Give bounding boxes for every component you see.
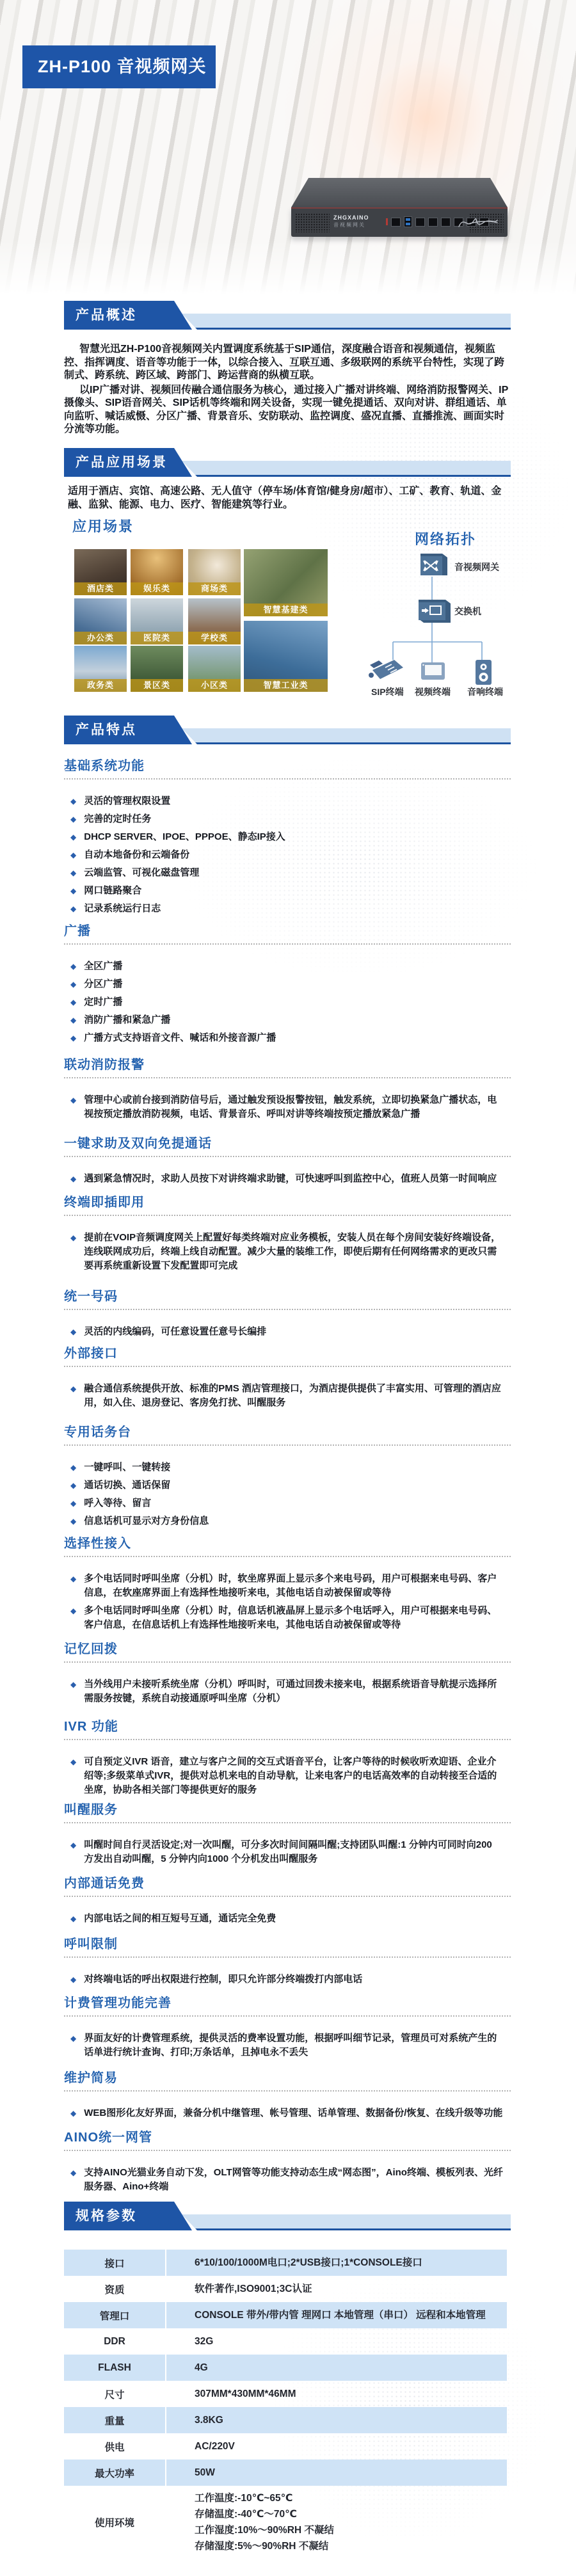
- feature-group: 专用话务台◆一键呼叫、一键转接◆通话切换、通话保留◆呼入等待、留言◆信息话机可显…: [64, 1421, 511, 1532]
- diamond-bullet-icon: ◆: [70, 866, 76, 880]
- feature-item: ◆提前在VOIP音频调度网关上配置好每类终端对应业务模板，安装人员在每个房间安装…: [64, 1231, 511, 1273]
- feature-item-text: 管理中心或前台接到消防信号后，通过触发预设报警按钮，触发系统，立即切换紧急广播状…: [84, 1093, 503, 1121]
- feature-item-text: 全区广播: [84, 959, 122, 973]
- dotted-divider: [64, 943, 511, 945]
- device-top-panel: [291, 178, 508, 207]
- feature-item-text: 多个电话同时呼叫坐席（分机）时，信息话机液晶屏上显示多个电话呼入，用户可根据来电…: [84, 1604, 503, 1632]
- diamond-bullet-icon: ◆: [70, 959, 76, 973]
- feature-item-text: 遇到紧急情况时，求助人员按下对讲终端求助键，可快速呼叫到监控中心，值班人员第一时…: [84, 1172, 497, 1186]
- feature-item-text: 呼入等待、留言: [84, 1496, 151, 1510]
- scene-photo-label: 学校类: [188, 632, 241, 644]
- topology-node-label: 音响终端: [467, 687, 503, 697]
- diamond-bullet-icon: ◆: [70, 2106, 76, 2120]
- spec-value: AC/220V: [166, 2433, 507, 2460]
- topology-node-label: 音视频网关: [454, 562, 499, 572]
- scene-photo: 娱乐类: [131, 549, 183, 595]
- feature-item: ◆自动本地备份和云端备份: [64, 848, 511, 862]
- feature-item: ◆支持AINO光猫业务自动下发，OLT网管等功能支持动态生成“网态图”，Aino…: [64, 2166, 511, 2194]
- feature-group: 呼叫限制◆对终端电话的呼出权限进行控制，即只允许部分终端拨打内部电话: [64, 1933, 511, 1990]
- feature-item-text: 内部电话之间的相互短号互通，通话完全免费: [84, 1912, 276, 1926]
- feature-group: 统一号码◆灵活的内线编码，可任意设置任意号长编排: [64, 1286, 511, 1343]
- diamond-bullet-icon: ◆: [70, 1912, 76, 1926]
- feature-group-title: 内部通话免费: [64, 1873, 511, 1891]
- spec-value: CONSOLE 带外/带内管 理网口 本地管理（串口） 远程和本地管理: [166, 2302, 507, 2328]
- spec-label: DDR: [64, 2328, 166, 2355]
- scene-photo-label: 商场类: [188, 582, 241, 595]
- ethernet-port-icon: [428, 218, 438, 227]
- speaker-icon: [476, 660, 492, 685]
- product-photo: ZHGXAINO 音视频网关: [291, 178, 508, 242]
- feature-item-text: 信息话机可显示对方身份信息: [84, 1514, 209, 1528]
- section-banner-specs: 规格参数: [64, 2202, 511, 2230]
- ethernet-port-icon: [415, 218, 425, 227]
- diamond-bullet-icon: ◆: [70, 1093, 76, 1121]
- feature-item: ◆广播方式支持语音文件、喊话和外接音源广播: [64, 1031, 511, 1045]
- scene-photo: 景区类: [131, 646, 183, 692]
- spec-label: 重量: [64, 2407, 166, 2433]
- diamond-bullet-icon: ◆: [70, 884, 76, 898]
- scene-photo: 政务类: [74, 646, 127, 692]
- feature-item: ◆一键呼叫、一键转接: [64, 1460, 511, 1475]
- feature-item: ◆全区广播: [64, 959, 511, 973]
- feature-item: ◆多个电话同时呼叫坐席（分机）时，软坐席界面上显示多个来电号码，用户可根据来电号…: [64, 1572, 511, 1600]
- scene-photo-label: 医院类: [131, 632, 183, 644]
- spec-label: 资质: [64, 2276, 166, 2302]
- overview-paragraph: 智慧光迅ZH-P100音视频网关内置调度系统基于SIP通信，深度融合语音和视频通…: [64, 343, 512, 383]
- topology-subtitle: 网络拓扑: [415, 529, 476, 548]
- feature-group-title: 呼叫限制: [64, 1933, 511, 1952]
- feature-group: AINO统一网管◆支持AINO光猫业务自动下发，OLT网管等功能支持动态生成“网…: [64, 2127, 511, 2198]
- feature-item-text: 可自预定义IVR 语音，建立与客户之间的交互式语音平台，让客户等待的时候收听欢迎…: [84, 1755, 503, 1797]
- device-brand-text: ZHGXAINO: [333, 214, 369, 221]
- spec-value: 50W: [166, 2460, 507, 2486]
- section-title: 产品概述: [64, 301, 192, 330]
- feature-group: 一键求助及双向免提通话◆遇到紧急情况时，求助人员按下对讲终端求助键，可快速呼叫到…: [64, 1133, 511, 1190]
- spec-label: 供电: [64, 2433, 166, 2460]
- spec-row: 资质软件著作,ISO9001;3C认证: [64, 2276, 507, 2302]
- spec-value: 3.8KG: [166, 2407, 507, 2433]
- diamond-bullet-icon: ◆: [70, 1172, 76, 1186]
- spec-label: 管理口: [64, 2302, 166, 2328]
- scenarios-intro-text: 适用于酒店、宾馆、高速公路、无人值守（停车场/体育馆/健身房/超市）、工矿、教育…: [68, 485, 511, 511]
- switch-icon: [419, 600, 451, 623]
- dotted-divider: [64, 1822, 511, 1823]
- video-terminal-icon: [421, 662, 445, 680]
- spec-label: FLASH: [64, 2355, 166, 2381]
- feature-item: ◆记录系统运行日志: [64, 902, 511, 916]
- feature-item-text: 提前在VOIP音频调度网关上配置好每类终端对应业务模板，安装人员在每个房间安装好…: [84, 1231, 503, 1273]
- feature-group: 广播◆全区广播◆分区广播◆定时广播◆消防广播和紧急广播◆广播方式支持语音文件、喊…: [64, 920, 511, 1049]
- device-front-panel: ZHGXAINO 音视频网关: [291, 207, 508, 237]
- feature-group: 终端即插即用◆提前在VOIP音频调度网关上配置好每类终端对应业务模板，安装人员在…: [64, 1192, 511, 1277]
- section-title: 产品应用场景: [64, 448, 192, 477]
- banner-bar: [182, 728, 511, 744]
- feature-item-text: 界面友好的计费管理系统，提供灵活的费率设置功能，根据呼叫细节记录，管理员可对系统…: [84, 2031, 503, 2060]
- feature-item-text: 定时广播: [84, 995, 122, 1009]
- feature-item-text: 对终端电话的呼出权限进行控制，即只允许部分终端拨打内部电话: [84, 1972, 362, 1987]
- scene-photo: 酒店类: [74, 549, 127, 595]
- hero-banner: ZH-P100 音视频网关 ZHGXAINO 音视频网关: [0, 0, 576, 294]
- overview-paragraphs: 智慧光迅ZH-P100音视频网关内置调度系统基于SIP通信，深度融合语音和视频通…: [64, 343, 512, 438]
- spec-value: 6*10/100/1000M电口;2*USB接口;1*CONSOLE接口: [166, 2250, 507, 2276]
- topology-node-label: 视频终端: [414, 687, 451, 697]
- spec-row: DDR32G: [64, 2328, 507, 2355]
- scene-photo-label: 酒店类: [74, 582, 127, 595]
- feature-item: ◆叫醒时间自行灵活设定;对一次叫醒，可分多次时间间隔叫醒;支持团队叫醒:1 分钟…: [64, 1838, 511, 1866]
- feature-group-title: 记忆回拨: [64, 1638, 511, 1657]
- feature-item: ◆遇到紧急情况时，求助人员按下对讲终端求助键，可快速呼叫到监控中心，值班人员第一…: [64, 1172, 511, 1186]
- feature-item: ◆云端监管、可视化磁盘管理: [64, 866, 511, 880]
- feature-item-text: 叫醒时间自行灵活设定;对一次叫醒，可分多次时间间隔叫醒;支持团队叫醒:1 分钟内…: [84, 1838, 503, 1866]
- feature-group: IVR 功能◆可自预定义IVR 语音，建立与客户之间的交互式语音平台，让客户等待…: [64, 1716, 511, 1801]
- feature-group: 联动消防报警◆管理中心或前台接到消防信号后，通过触发预设报警按钮，触发系统，立即…: [64, 1054, 511, 1125]
- banner-bar: [182, 2214, 511, 2230]
- feature-item-text: 自动本地备份和云端备份: [84, 848, 189, 862]
- scene-photo: 学校类: [188, 598, 241, 644]
- diamond-bullet-icon: ◆: [70, 1972, 76, 1987]
- spec-label: 接口: [64, 2250, 166, 2276]
- feature-item: ◆通话切换、通话保留: [64, 1478, 511, 1492]
- diamond-bullet-icon: ◆: [70, 1031, 76, 1045]
- feature-group-title: 联动消防报警: [64, 1054, 511, 1073]
- feature-group-title: IVR 功能: [64, 1716, 511, 1734]
- banner-bar: [182, 461, 511, 477]
- feature-item: ◆界面友好的计费管理系统，提供灵活的费率设置功能，根据呼叫细节记录，管理员可对系…: [64, 2031, 511, 2060]
- dotted-divider: [64, 1215, 511, 1216]
- feature-group-title: 统一号码: [64, 1286, 511, 1304]
- signature-logo-icon: [455, 212, 500, 233]
- sip-phone-icon: [369, 660, 403, 679]
- diamond-bullet-icon: ◆: [70, 812, 76, 826]
- dotted-divider: [64, 1077, 511, 1078]
- page-title: ZH-P100 音视频网关: [22, 45, 216, 88]
- feature-item: ◆灵活的管理权限设置: [64, 794, 511, 808]
- product-page: ZH-P100 音视频网关 ZHGXAINO 音视频网关: [0, 0, 576, 2576]
- feature-item: ◆信息话机可显示对方身份信息: [64, 1514, 511, 1528]
- scene-photo: 办公类: [74, 598, 127, 644]
- device-brand-subtext: 音视频网关: [333, 221, 369, 228]
- feature-group: 叫醒服务◆叫醒时间自行灵活设定;对一次叫醒，可分多次时间间隔叫醒;支持团队叫醒:…: [64, 1799, 511, 1870]
- feature-item: ◆当外线用户未接听系统坐席（分机）呼叫时，可通过回拨未接来电，根据系统语音导航提…: [64, 1677, 511, 1706]
- spec-value: 4G: [166, 2355, 507, 2381]
- spec-value: 307MM*430MM*46MM: [166, 2381, 507, 2407]
- feature-item: ◆分区广播: [64, 977, 511, 991]
- diamond-bullet-icon: ◆: [70, 1013, 76, 1027]
- feature-group: 外部接口◆融合通信系统提供开放、标准的PMS 酒店管理接口，为酒店提供提供了丰富…: [64, 1343, 511, 1414]
- feature-item-text: 通话切换、通话保留: [84, 1478, 170, 1492]
- diamond-bullet-icon: ◆: [70, 1755, 76, 1797]
- dotted-divider: [64, 1309, 511, 1310]
- scene-photo: 智慧基建类: [244, 549, 328, 616]
- feature-item-text: 完善的定时任务: [84, 812, 151, 826]
- banner-bar: [182, 314, 511, 330]
- feature-group: 记忆回拨◆当外线用户未接听系统坐席（分机）呼叫时，可通过回拨未接来电，根据系统语…: [64, 1638, 511, 1709]
- scene-photo-label: 娱乐类: [131, 582, 183, 595]
- power-led-icon: [386, 218, 388, 225]
- dotted-divider: [64, 2015, 511, 2017]
- device-brand-label: ZHGXAINO 音视频网关: [333, 214, 369, 228]
- feature-item-text: 支持AINO光猫业务自动下发，OLT网管等功能支持动态生成“网态图”，Aino终…: [84, 2166, 503, 2194]
- feature-group-title: 选择性接入: [64, 1533, 511, 1551]
- feature-item: ◆完善的定时任务: [64, 812, 511, 826]
- diamond-bullet-icon: ◆: [70, 1478, 76, 1492]
- scene-photo: 医院类: [131, 598, 183, 644]
- feature-item-text: 一键呼叫、一键转接: [84, 1460, 170, 1475]
- feature-item: ◆呼入等待、留言: [64, 1496, 511, 1510]
- scene-photo-label: 小区类: [188, 679, 241, 692]
- section-title: 规格参数: [64, 2202, 192, 2230]
- diamond-bullet-icon: ◆: [70, 2166, 76, 2194]
- diamond-bullet-icon: ◆: [70, 1496, 76, 1510]
- scene-photo: 智慧工业类: [244, 621, 328, 692]
- diamond-bullet-icon: ◆: [70, 1604, 76, 1632]
- feature-item: ◆灵活的内线编码，可任意设置任意号长编排: [64, 1325, 511, 1339]
- diamond-bullet-icon: ◆: [70, 794, 76, 808]
- spec-row: 供电AC/220V: [64, 2433, 507, 2460]
- topology-node-label: SIP终端: [371, 687, 404, 697]
- feature-group: 基础系统功能◆灵活的管理权限设置◆完善的定时任务◆DHCP SERVER、IPO…: [64, 755, 511, 920]
- diamond-bullet-icon: ◆: [70, 902, 76, 916]
- feature-item-text: 灵活的管理权限设置: [84, 794, 170, 808]
- feature-item: ◆可自预定义IVR 语音，建立与客户之间的交互式语音平台，让客户等待的时候收听欢…: [64, 1755, 511, 1797]
- dotted-divider: [64, 1366, 511, 1367]
- section-banner-features: 产品特点: [64, 716, 511, 744]
- usb-ports-icon: [404, 216, 412, 227]
- network-topology-diagram: 音视频网关 交换机 SIP终端 视频终端 音响终端: [358, 547, 512, 707]
- spec-label: 使用环境: [64, 2486, 166, 2559]
- diamond-bullet-icon: ◆: [70, 1460, 76, 1475]
- scene-photo-label: 政务类: [74, 679, 127, 692]
- feature-item-text: 灵活的内线编码，可任意设置任意号长编排: [84, 1325, 266, 1339]
- feature-item: ◆定时广播: [64, 995, 511, 1009]
- feature-item-text: 多个电话同时呼叫坐席（分机）时，软坐席界面上显示多个来电号码，用户可根据来电号码…: [84, 1572, 503, 1600]
- feature-group: 计费管理功能完善◆界面友好的计费管理系统，提供灵活的费率设置功能，根据呼叫细节记…: [64, 1992, 511, 2063]
- dotted-divider: [64, 1956, 511, 1958]
- feature-group: 选择性接入◆多个电话同时呼叫坐席（分机）时，软坐席界面上显示多个来电号码，用户可…: [64, 1533, 511, 1636]
- spec-label: 尺寸: [64, 2381, 166, 2407]
- feature-item: ◆消防广播和紧急广播: [64, 1013, 511, 1027]
- spec-row: 管理口CONSOLE 带外/带内管 理网口 本地管理（串口） 远程和本地管理: [64, 2302, 507, 2328]
- vent-grille-icon: [295, 213, 330, 232]
- diamond-bullet-icon: ◆: [70, 848, 76, 862]
- feature-group-title: AINO统一网管: [64, 2127, 511, 2145]
- diamond-bullet-icon: ◆: [70, 1514, 76, 1528]
- feature-item-text: DHCP SERVER、IPOE、PPPOE、静态IP接入: [84, 830, 285, 844]
- diamond-bullet-icon: ◆: [70, 1231, 76, 1273]
- spec-row: 接口6*10/100/1000M电口;2*USB接口;1*CONSOLE接口: [64, 2250, 507, 2276]
- dotted-divider: [64, 1896, 511, 1897]
- feature-item: ◆DHCP SERVER、IPOE、PPPOE、静态IP接入: [64, 830, 511, 844]
- diamond-bullet-icon: ◆: [70, 1572, 76, 1600]
- diamond-bullet-icon: ◆: [70, 1838, 76, 1866]
- diamond-bullet-icon: ◆: [70, 977, 76, 991]
- spec-table: 接口6*10/100/1000M电口;2*USB接口;1*CONSOLE接口资质…: [64, 2250, 507, 2559]
- section-title: 产品特点: [64, 716, 192, 744]
- feature-group-title: 终端即插即用: [64, 1192, 511, 1210]
- dotted-divider: [64, 1556, 511, 1557]
- scene-photo: 小区类: [188, 646, 241, 692]
- spec-row: 使用环境工作温度:-10℃~65℃存储温度:-40℃～70℃工作湿度:10%～9…: [64, 2486, 507, 2559]
- feature-item-text: 分区广播: [84, 977, 122, 991]
- scene-photo-label: 景区类: [131, 679, 183, 692]
- overview-paragraph: 以IP广播对讲、视频回传融合通信服务为核心，通过接入广播对讲终端、网络消防报警网…: [64, 384, 512, 436]
- feature-item: ◆管理中心或前台接到消防信号后，通过触发预设报警按钮，触发系统，立即切换紧急广播…: [64, 1093, 511, 1121]
- dotted-divider: [64, 1661, 511, 1663]
- feature-item: ◆网口链路聚合: [64, 884, 511, 898]
- spec-row: FLASH4G: [64, 2355, 507, 2381]
- scene-photo-label: 智慧工业类: [244, 679, 328, 692]
- spec-row: 重量3.8KG: [64, 2407, 507, 2433]
- topology-node-label: 交换机: [454, 606, 481, 616]
- diamond-bullet-icon: ◆: [70, 1382, 76, 1410]
- dotted-divider: [64, 778, 511, 780]
- dotted-divider: [64, 2090, 511, 2092]
- scene-photo: 商场类: [188, 549, 241, 595]
- gateway-icon: [420, 554, 447, 575]
- scene-photo-label: 办公类: [74, 632, 127, 644]
- section-banner-scenarios: 产品应用场景: [64, 448, 511, 477]
- diamond-bullet-icon: ◆: [70, 995, 76, 1009]
- dotted-divider: [64, 1156, 511, 1157]
- spec-value: 32G: [166, 2328, 507, 2355]
- diamond-bullet-icon: ◆: [70, 830, 76, 844]
- scenarios-intro: 适用于酒店、宾馆、高速公路、无人值守（停车场/体育馆/健身房/超市）、工矿、教育…: [68, 485, 511, 513]
- feature-item-text: WEB图形化友好界面，兼备分机中继管理、帐号管理、话单管理、数据备份/恢复、在线…: [84, 2106, 502, 2120]
- section-banner-overview: 产品概述: [64, 301, 511, 330]
- feature-group: 内部通话免费◆内部电话之间的相互短号互通，通话完全免费: [64, 1873, 511, 1930]
- spec-row: 尺寸307MM*430MM*46MM: [64, 2381, 507, 2407]
- feature-item: ◆WEB图形化友好界面，兼备分机中继管理、帐号管理、话单管理、数据备份/恢复、在…: [64, 2106, 511, 2120]
- spec-value: 工作温度:-10℃~65℃存储温度:-40℃～70℃工作湿度:10%～90%RH…: [166, 2486, 507, 2559]
- diamond-bullet-icon: ◆: [70, 2031, 76, 2060]
- dotted-divider: [64, 1444, 511, 1446]
- ethernet-port-icon: [441, 218, 451, 227]
- spec-label: 最大功率: [64, 2460, 166, 2486]
- feature-group-title: 叫醒服务: [64, 1799, 511, 1818]
- diamond-bullet-icon: ◆: [70, 1325, 76, 1339]
- feature-group-title: 外部接口: [64, 1343, 511, 1361]
- dotted-divider: [64, 1739, 511, 1740]
- feature-item-text: 云端监管、可视化磁盘管理: [84, 866, 199, 880]
- feature-item: ◆内部电话之间的相互短号互通，通话完全免费: [64, 1912, 511, 1926]
- feature-item-text: 记录系统运行日志: [84, 902, 161, 916]
- apps-subtitle: 应用场景: [72, 516, 134, 536]
- feature-group-title: 计费管理功能完善: [64, 1992, 511, 2011]
- feature-group-title: 一键求助及双向免提通话: [64, 1133, 511, 1151]
- feature-item-text: 消防广播和紧急广播: [84, 1013, 170, 1027]
- feature-group-title: 维护简易: [64, 2067, 511, 2086]
- feature-item-text: 广播方式支持语音文件、喊话和外接音源广播: [84, 1031, 276, 1045]
- feature-item: ◆对终端电话的呼出权限进行控制，即只允许部分终端拨打内部电话: [64, 1972, 511, 1987]
- photo-grid: 酒店类娱乐类商场类办公类医院类学校类政务类景区类小区类智慧基建类智慧工业类: [74, 549, 328, 692]
- feature-item: ◆多个电话同时呼叫坐席（分机）时，信息话机液晶屏上显示多个电话呼入，用户可根据来…: [64, 1604, 511, 1632]
- dotted-divider: [64, 2150, 511, 2151]
- feature-group-title: 广播: [64, 920, 511, 939]
- spec-row: 最大功率50W: [64, 2460, 507, 2486]
- feature-item: ◆融合通信系统提供开放、标准的PMS 酒店管理接口，为酒店提供提供了丰富实用、可…: [64, 1382, 511, 1410]
- console-port-icon: [391, 218, 401, 227]
- feature-item-text: 网口链路聚合: [84, 884, 141, 898]
- feature-item-text: 当外线用户未接听系统坐席（分机）呼叫时，可通过回拨未接来电，根据系统语音导航提示…: [84, 1677, 503, 1706]
- spec-value: 软件著作,ISO9001;3C认证: [166, 2276, 507, 2302]
- diamond-bullet-icon: ◆: [70, 1677, 76, 1706]
- feature-group-title: 专用话务台: [64, 1421, 511, 1440]
- feature-group: 维护简易◆WEB图形化友好界面，兼备分机中继管理、帐号管理、话单管理、数据备份/…: [64, 2067, 511, 2124]
- feature-item-text: 融合通信系统提供开放、标准的PMS 酒店管理接口，为酒店提供提供了丰富实用、可管…: [84, 1382, 503, 1410]
- scene-photo-label: 智慧基建类: [244, 604, 328, 616]
- feature-group-title: 基础系统功能: [64, 755, 511, 774]
